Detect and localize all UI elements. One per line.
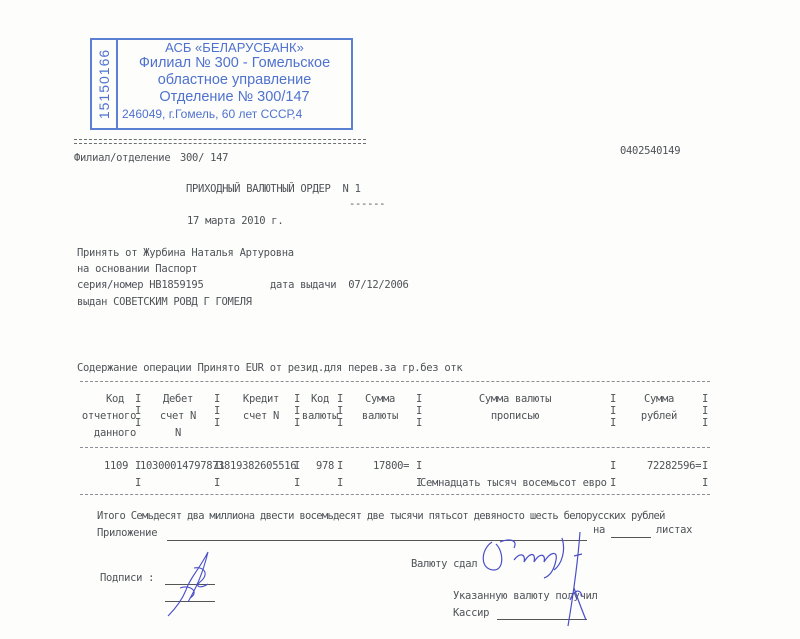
- attachment-label: Приложение: [97, 527, 157, 539]
- table-top-rule: [80, 381, 710, 382]
- sep: I: [294, 460, 300, 472]
- sep: I: [416, 460, 422, 472]
- col-amount-1: Сумма: [350, 393, 410, 405]
- series-value: НВ1859195: [149, 279, 203, 291]
- row-debit: 10300014797871: [140, 460, 224, 472]
- doc-code: 0402540149: [620, 145, 680, 157]
- sep: I: [702, 460, 708, 472]
- branch-label: Филиал/отделение: [74, 152, 170, 164]
- series-line: серия/номер НВ1859195: [77, 279, 203, 291]
- col-rub-1: Сумма: [620, 393, 698, 405]
- sep: I I I: [337, 393, 343, 429]
- col-words-2: прописью: [420, 410, 610, 422]
- signature-scribble-icon: [150, 548, 230, 620]
- sep: I I I: [416, 393, 422, 429]
- col-debit-1: Дебет: [148, 393, 208, 405]
- sep: I I I: [702, 393, 708, 429]
- sep: I: [337, 460, 343, 472]
- row-code: 1109: [104, 460, 128, 472]
- sep: I: [214, 477, 220, 489]
- sep: I: [702, 477, 708, 489]
- top-double-rule: [74, 139, 366, 144]
- sep: I I I: [610, 393, 616, 429]
- basis-value: Паспорт: [155, 263, 197, 275]
- sheets-count-field[interactable]: [611, 537, 651, 538]
- col-rub-2: рублей: [620, 410, 698, 422]
- operation-label: Содержание операции: [77, 362, 191, 374]
- operation-text: Принято EUR от резид.для перев.за гр.без…: [197, 362, 462, 374]
- col-code-1: Код: [91, 393, 139, 405]
- total-words: Семьдесят два миллиона двести восемьдеся…: [131, 510, 665, 522]
- row-amount-rub: 72282596=: [647, 460, 701, 472]
- basis-line: на основании Паспорт: [77, 263, 197, 275]
- row-amount-words: Семнадцать тысяч восемьсот евро: [420, 477, 607, 489]
- col-amount-2: валюты: [350, 410, 410, 422]
- sep: I: [610, 477, 616, 489]
- payer-line: Принять от Журбина Наталья Артуровна: [77, 247, 294, 259]
- col-debit-2: счет N: [148, 410, 208, 422]
- stamp-department: Отделение № 300/147: [120, 89, 349, 106]
- row-credit: 3819382605516: [218, 460, 296, 472]
- stamp-bank: АСБ «БЕЛАРУСБАНК»: [120, 41, 349, 55]
- title-underline: ------: [349, 198, 385, 210]
- sep: I I I: [214, 393, 220, 429]
- total-line: Итого Семьдесят два миллиона двести восе…: [97, 510, 665, 522]
- doc-date: 17 марта 2010 г.: [187, 215, 283, 227]
- stamp-body: АСБ «БЕЛАРУСБАНК» Филиал № 300 - Гомельс…: [120, 40, 349, 122]
- bank-stamp: 15150166 АСБ «БЕЛАРУСБАНК» Филиал № 300 …: [90, 38, 353, 130]
- row-amount: 17800=: [373, 460, 409, 472]
- sep: I: [294, 477, 300, 489]
- col-code-2: отчетного: [79, 410, 139, 422]
- received-from-label: Принять от: [77, 247, 137, 259]
- col-words-1: Сумма валюты: [420, 393, 610, 405]
- operation-line: Содержание операции Принято EUR от резид…: [77, 362, 462, 374]
- table-bottom-rule: [80, 494, 710, 495]
- stamp-region: областное управление: [120, 72, 349, 89]
- sep: I: [337, 477, 343, 489]
- received-from-value: Журбина Наталья Артуровна: [143, 247, 294, 259]
- row-currency-code: 978: [316, 460, 334, 472]
- table-header-rule: [80, 447, 710, 448]
- cashier-signature-icon: [470, 530, 600, 630]
- issued-by-line: выдан СОВЕТСКИМ РОВД Г ГОМЕЛЯ: [77, 296, 252, 308]
- col-code-3: данного: [91, 427, 139, 439]
- sheets-label: листах: [656, 524, 692, 536]
- issued-by-value: СОВЕТСКИМ РОВД Г ГОМЕЛЯ: [113, 296, 252, 308]
- stamp-side: 15150166: [92, 40, 118, 128]
- issue-date-value: 07/12/2006: [348, 279, 408, 291]
- issue-date-label: дата выдачи: [270, 279, 336, 291]
- issue-date-line: дата выдачи 07/12/2006: [270, 279, 409, 291]
- stamp-branch: Филиал № 300 - Гомельское: [120, 55, 349, 72]
- sep: I I I: [135, 393, 141, 429]
- issued-by-label: выдан: [77, 296, 107, 308]
- sep: I: [610, 460, 616, 472]
- signatures-label: Подписи :: [100, 572, 154, 584]
- sep: I I I: [294, 393, 300, 429]
- stamp-side-number: 15150166: [96, 49, 112, 119]
- series-label: серия/номер: [77, 279, 143, 291]
- doc-title: ПРИХОДНЫЙ ВАЛЮТНЫЙ ОРДЕР N 1: [186, 183, 361, 195]
- stamp-address: 246049, г.Гомель, 60 лет СССР,4: [120, 106, 349, 122]
- col-debit-3: N: [148, 427, 208, 439]
- col-credit-2: счет N: [226, 410, 296, 422]
- col-credit-1: Кредит: [226, 393, 296, 405]
- sep: I: [135, 477, 141, 489]
- total-label: Итого: [97, 510, 125, 522]
- basis-label: на основании: [77, 263, 149, 275]
- handed-label: Валюту сдал: [411, 558, 477, 570]
- branch-value: 300/ 147: [180, 152, 228, 164]
